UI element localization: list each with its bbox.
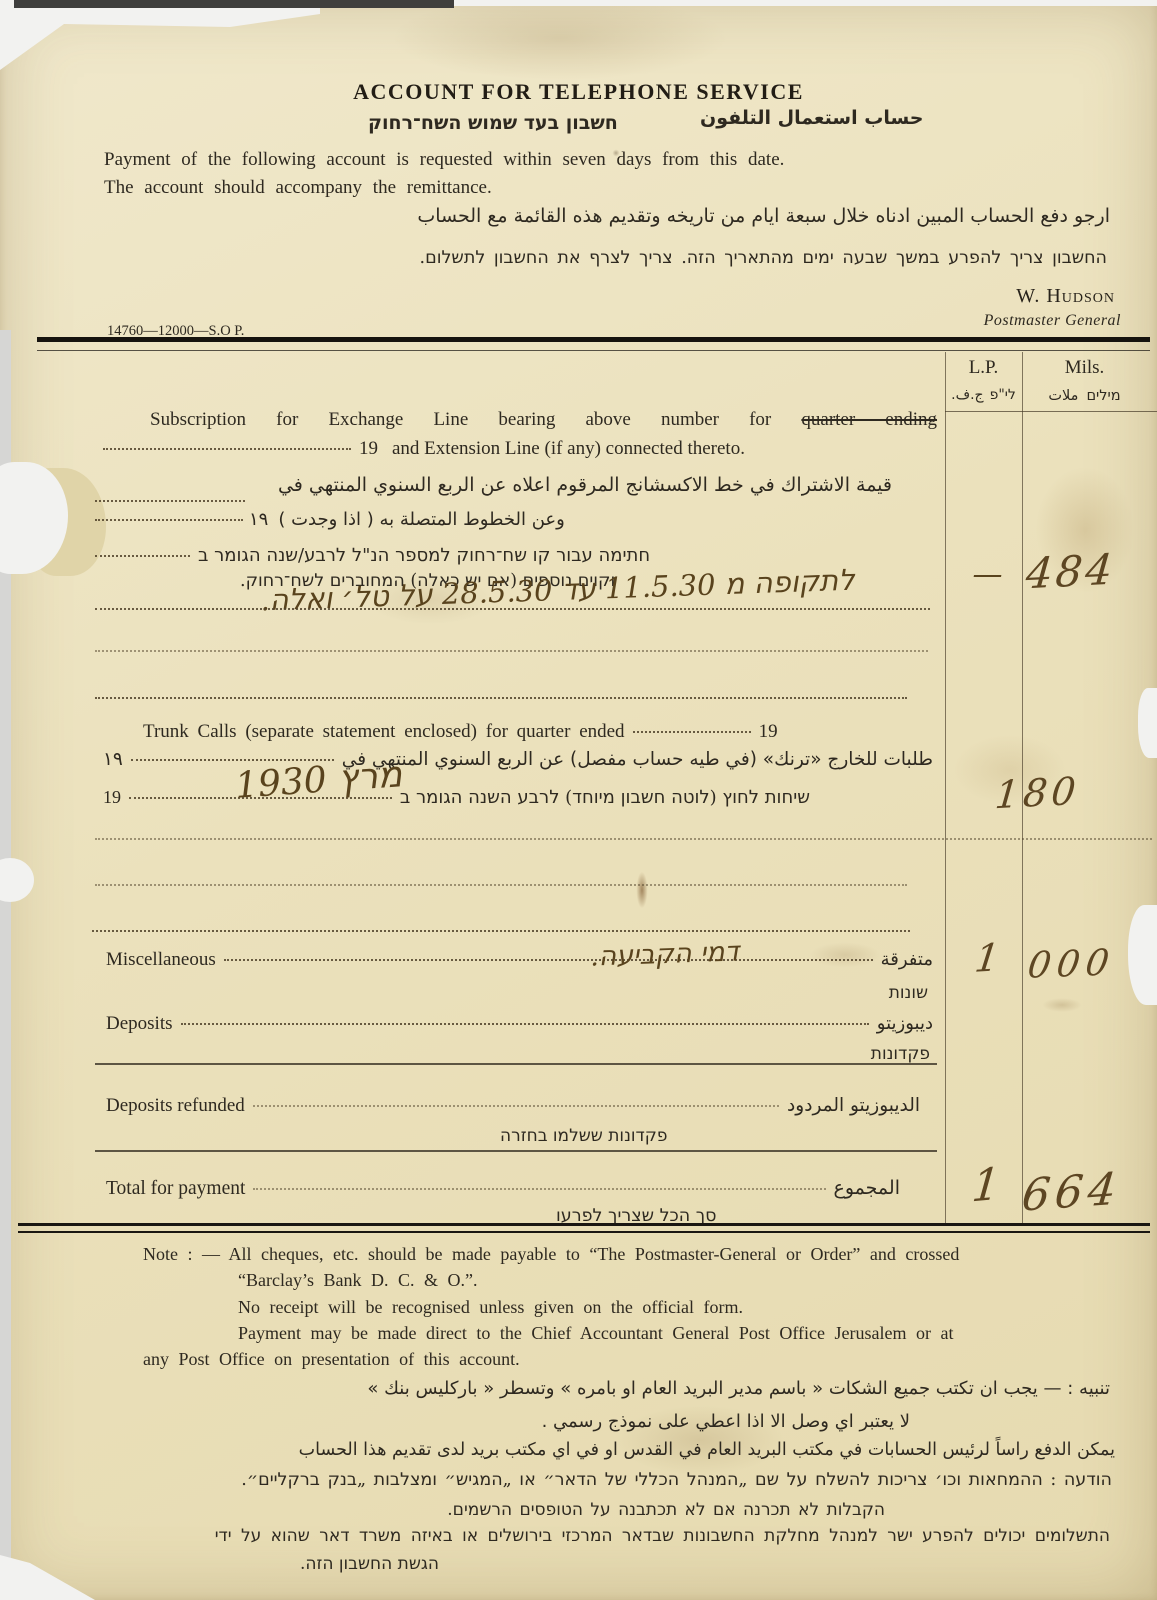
trunk-calls-arabic-year: ١٩ [103,748,123,771]
subscription-hebrew-line1: חתימה עבור קו שח־רחוק למספר הנ"ל לרבע/שנ… [95,545,810,568]
ruled-line [95,884,907,886]
column-subheader-lp-hebrew: לי"פ [990,387,1016,405]
ruled-line [95,838,1152,840]
total-arabic: المجموع [834,1177,900,1201]
subscription-english-struck: quarter ending [801,409,937,430]
subscription-arabic-line1: قيمة الاشتراك في خط الاكسشانج المرقوم اع… [278,474,892,498]
signature-title: Postmaster General [984,311,1121,331]
column-line-left [945,352,946,1225]
column-subheader-lp: ج.ف. לי"פ [945,387,1022,405]
miscellaneous-arabic: متفرقة [881,949,933,972]
note-hebrew-line1: הודעה : ההמחאות וכו׳ צריכות להשלח על שם … [241,1470,1112,1492]
note-arabic-line2: لا يعتبر اي وصل الا اذا اعطي على نموذج ر… [542,1411,910,1434]
trunk-calls-year: 19 [759,720,778,744]
scanned-document: ACCOUNT FOR TELEPHONE SERVICE חשבון בעד … [0,0,1157,1600]
note-english-line5: any Post Office on presentation of this … [143,1348,520,1371]
ruled-line [95,697,907,699]
note-english-line3: No receipt will be recognised unless giv… [238,1296,743,1319]
ruled-line [92,930,910,932]
column-subheader-lp-arabic: ج.ف. [951,387,983,405]
trunk-calls-hebrew-year: 19 [103,786,121,809]
column-subheader-mils: ملات מילים [1022,387,1147,405]
fill-in-line [95,608,930,610]
column-header-mils: Mils. [1022,356,1147,380]
fill-in-line [95,519,243,521]
intro-hebrew: החשבון צריך להפרע במשך שבעה ימים מהתאריך… [420,248,1107,270]
fill-in-line [95,555,190,557]
note-english-line1: Note : — All cheques, etc. should be mad… [143,1243,959,1266]
handwritten-misc-note: דמי הקביעה. [589,935,739,974]
column-header-lp: L.P. [945,356,1022,380]
deposits-refunded-row: Deposits refunded الديبوزيتو المردود [106,1094,920,1118]
subscription-arabic-year: ١٩ [249,509,268,532]
column-subheader-mils-hebrew: מילים [1086,387,1120,405]
deposits-arabic: ديبوزيتو [877,1013,933,1036]
fill-in-line [103,448,351,450]
miscellaneous-row: Miscellaneous متفرقة [106,948,933,972]
trunk-calls-arabic-text: طلبات للخارج «ترنك» (في طيه حساب مفصل) ع… [342,748,933,771]
total-amount-mils: 664 [1019,1161,1124,1223]
column-subheader-mils-arabic: ملات [1048,387,1078,405]
deposits-refunded-label: Deposits refunded [106,1094,245,1118]
note-arabic-line3: يمكن الدفع راساً لرئيس الحسابات في مكتب … [299,1440,1115,1462]
fill-in-line [253,1188,825,1190]
fill-in-line [224,959,873,961]
subscription-arabic-line2-text: وعن الخطوط المتصلة به ( اذا وجدت ) [278,509,564,532]
fill-in-line [181,1023,869,1025]
subscription-english-line1: Subscription for Exchange Line bearing a… [150,408,937,432]
subscription-hebrew-line1-text: חתימה עבור קו שח־רחוק למספר הנ"ל לרבע/שנ… [198,545,650,568]
subscription-year: 19 [359,437,378,461]
subtitle-arabic: حساب استعمال التلفون [700,107,923,131]
trunk-calls-amount-mils: 180 [993,768,1082,820]
subtitle-hebrew: חשבון בעד שמוש השח־רחוק [368,112,618,136]
subscription-amount-mils: 484 [1024,544,1118,601]
subscription-english-text: Subscription for Exchange Line bearing a… [150,409,771,430]
column-header-underline [945,411,1157,412]
deposits-label: Deposits [106,1012,173,1036]
subscription-english-line2: 19 and Extension Line (if any) connected… [95,437,940,461]
total-amount-lp: 1 [970,1156,1003,1214]
trunk-calls-arabic: ١٩ طلبات للخارج «ترنك» (في طيه حساب مفصل… [103,748,933,771]
trunk-calls-hebrew: 19 שיחות לחוץ (לוטה חשבון מיוחד) לרבע הש… [103,786,810,810]
fill-in-line [253,1105,779,1107]
miscellaneous-hebrew: שונות [889,983,928,1004]
total-double-rule [18,1223,1150,1233]
trunk-calls-english-text: Trunk Calls (separate statement enclosed… [143,720,625,744]
deposits-row: Deposits ديبوزيتو [106,1012,933,1036]
paper-nick-right [1138,688,1157,758]
miscellaneous-label: Miscellaneous [106,948,216,972]
subscription-arabic-line2: ١٩ وعن الخطوط المتصلة به ( اذا وجدت ) [95,509,505,532]
total-row: Total for payment المجموع [106,1177,900,1201]
trunk-calls-english: Trunk Calls (separate statement enclosed… [143,720,843,744]
intro-english-line1: Payment of the following account is requ… [104,148,784,172]
fill-in-line [95,500,245,502]
miscellaneous-amount-mils: 000 [1025,940,1118,988]
fill-in-line [633,731,751,733]
signature-name: W. Hudson [1016,284,1115,309]
subscription-amount-lp: — [960,556,1015,594]
ruled-line [95,650,928,652]
page-title: ACCOUNT FOR TELEPHONE SERVICE [40,78,1117,106]
scanner-dark-band [14,0,454,8]
section-divider [95,1150,937,1152]
note-hebrew-line2: הקבלות לא תכרנה אם לא תכתבנה על הטופסים … [447,1500,885,1521]
trunk-calls-hebrew-text: שיחות לחוץ (לוטה חשבון מיוחד) לרבע השנה … [400,787,810,810]
deposits-refunded-arabic: الديبوزيتو المردود [787,1094,920,1117]
note-arabic-line1: تنبيه : — يجب ان تكتب جميع الشكات « باسم… [367,1378,1110,1401]
paper-tear-right [1128,905,1157,1005]
section-divider [95,1063,937,1065]
note-english-line2: “Barclay’s Bank D. C. & O.”. [238,1269,477,1292]
note-hebrew-line4: הגשת החשבון הזה. [300,1554,439,1575]
note-english-line4: Payment may be made direct to the Chief … [238,1322,953,1345]
deposits-refunded-hebrew: פקדונות ששלמו בחזרה [500,1126,667,1147]
intro-arabic: ارجو دفع الحساب المبين ادناه خلال سبعة ا… [417,205,1110,229]
note-hebrew-line3: התשלומים יכולים להפרע ישר למנהל מחלקת הח… [215,1526,1110,1547]
total-label: Total for payment [106,1177,245,1201]
header-rule [37,337,1150,351]
subscription-english-line2-text: and Extension Line (if any) connected th… [392,437,745,461]
intro-english-line2: The account should accompany the remitta… [104,176,492,200]
